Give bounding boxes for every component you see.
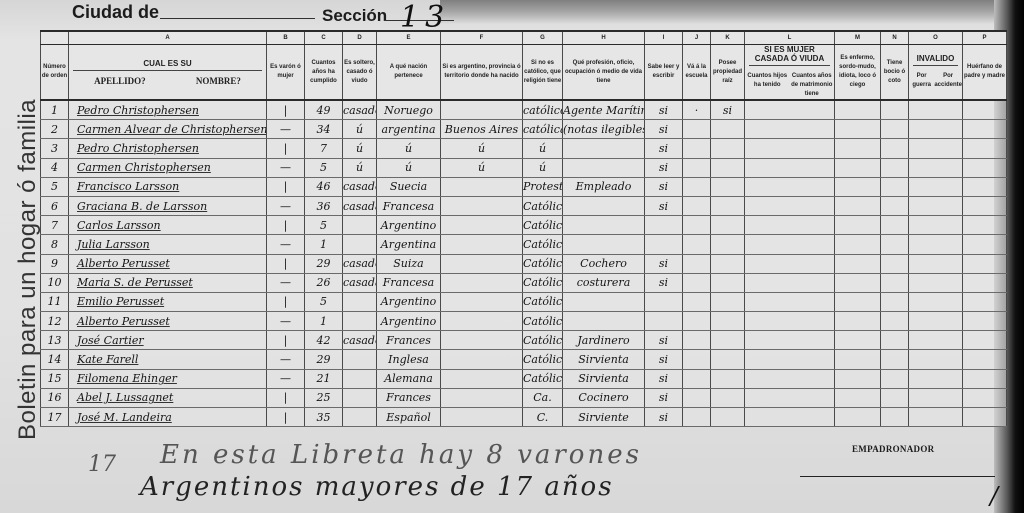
cell-name: Graciana B. de Larsson	[69, 196, 267, 215]
cell-empty	[835, 139, 881, 158]
cell-e: Español	[377, 408, 441, 427]
cell-c: 7	[305, 139, 343, 158]
column-letter: P	[963, 31, 1007, 45]
cell-e: Frances	[377, 331, 441, 350]
cell-d: casada	[343, 196, 377, 215]
cell-e: Francesa	[377, 273, 441, 292]
census-rows: 1Pedro Christophersen|49casadoNoruegocat…	[41, 100, 1007, 427]
cell-empty	[881, 158, 909, 177]
cell-b: |	[267, 177, 305, 196]
cell-g: Católica	[523, 273, 563, 292]
cell-j	[683, 254, 711, 273]
cell-empty	[909, 254, 963, 273]
cell-i: si	[645, 196, 683, 215]
table-row: 14Kate Farell—29InglesaCatólicaSirvienta…	[41, 350, 1007, 369]
cell-g: Católica	[523, 369, 563, 388]
cell-empty	[745, 292, 835, 311]
cell-empty	[909, 388, 963, 407]
cell-e: ú	[377, 139, 441, 158]
cell-d	[343, 369, 377, 388]
cell-empty	[835, 388, 881, 407]
column-sub-label: Cuantos años de matrimonio tiene	[790, 72, 835, 99]
cell-name: Alberto Perusset	[69, 254, 267, 273]
column-question: Huérfano de padre y madre	[963, 45, 1007, 101]
cell-j	[683, 235, 711, 254]
cell-c: 5	[305, 292, 343, 311]
cell-g: Católico	[523, 216, 563, 235]
column-question: Es enfermo, sordo-mudo, idiota, loco ó c…	[835, 45, 881, 101]
cell-d	[343, 350, 377, 369]
column-question: Sabe leer y escribir	[645, 45, 683, 101]
cell-h	[563, 292, 645, 311]
ciudad-label: Ciudad de	[72, 2, 159, 23]
cell-empty	[909, 408, 963, 427]
cell-b: |	[267, 254, 305, 273]
cell-b: —	[267, 312, 305, 331]
cell-empty	[909, 158, 963, 177]
cell-empty	[909, 100, 963, 120]
cell-name: Abel J. Lussagnet	[69, 388, 267, 407]
column-letter: G	[523, 31, 563, 45]
cell-empty	[963, 388, 1007, 407]
column-questions-row: Número de ordenCUAL ES SUAPELLIDO?NOMBRE…	[41, 45, 1007, 101]
cell-g: Católico	[523, 254, 563, 273]
cell-g: ú	[523, 139, 563, 158]
cell-i: si	[645, 158, 683, 177]
cell-b: —	[267, 369, 305, 388]
cell-g: Católica	[523, 350, 563, 369]
cell-empty	[963, 273, 1007, 292]
cell-empty	[963, 312, 1007, 331]
cell-e: Suiza	[377, 254, 441, 273]
cell-f	[441, 369, 523, 388]
column-group-label: CUAL ES SU	[73, 59, 262, 71]
cell-name: Carmen Christophersen	[69, 158, 267, 177]
cell-i: si	[645, 100, 683, 120]
cell-k	[711, 177, 745, 196]
cell-g: católica	[523, 120, 563, 139]
cell-h: Sirvienta	[563, 369, 645, 388]
cell-empty	[963, 235, 1007, 254]
cell-empty	[745, 216, 835, 235]
cell-n: 8	[41, 235, 69, 254]
cell-j	[683, 120, 711, 139]
cell-f	[441, 196, 523, 215]
cell-i: si	[645, 254, 683, 273]
cell-name: Carmen Alvear de Christophersen	[69, 120, 267, 139]
cell-empty	[963, 331, 1007, 350]
cell-j	[683, 158, 711, 177]
cell-empty	[963, 350, 1007, 369]
cell-empty	[881, 235, 909, 254]
census-table: ABCDEFGHIJKLMNOP Número de ordenCUAL ES …	[40, 30, 1007, 427]
cell-name: Pedro Christophersen	[69, 139, 267, 158]
table-row: 16Abel J. Lussagnet|25FrancesCa.Cocinero…	[41, 388, 1007, 407]
column-question: INVALIDOPor guerraPor accidente	[909, 45, 963, 101]
cell-b: |	[267, 331, 305, 350]
cell-name: Pedro Christophersen	[69, 100, 267, 120]
cell-d	[343, 388, 377, 407]
cell-empty	[745, 196, 835, 215]
cell-b: —	[267, 235, 305, 254]
cell-e: Francesa	[377, 196, 441, 215]
table-row: 5Francisco Larsson|46casadoSueciaProtest…	[41, 177, 1007, 196]
cell-empty	[909, 273, 963, 292]
cell-n: 9	[41, 254, 69, 273]
cell-n: 3	[41, 139, 69, 158]
note-count: 17	[88, 452, 116, 477]
cell-name: Julia Larsson	[69, 235, 267, 254]
cell-i: si	[645, 408, 683, 427]
table-row: 13José Cartier|42casadoFrancesCatólicoJa…	[41, 331, 1007, 350]
cell-d: casado	[343, 100, 377, 120]
cell-j	[683, 312, 711, 331]
cell-empty	[881, 408, 909, 427]
cell-g: C.	[523, 408, 563, 427]
cell-empty	[835, 235, 881, 254]
cell-name: Filomena Ehinger	[69, 369, 267, 388]
cell-i: si	[645, 331, 683, 350]
cell-h: Cochero	[563, 254, 645, 273]
cell-empty	[963, 139, 1007, 158]
cell-b: |	[267, 388, 305, 407]
cell-empty	[881, 312, 909, 331]
cell-d	[343, 312, 377, 331]
column-letter: F	[441, 31, 523, 45]
cell-empty	[909, 196, 963, 215]
cell-k	[711, 388, 745, 407]
cell-h: Jardinero	[563, 331, 645, 350]
cell-i: si	[645, 273, 683, 292]
cell-empty	[745, 273, 835, 292]
cell-c: 25	[305, 388, 343, 407]
cell-c: 26	[305, 273, 343, 292]
cell-empty	[963, 158, 1007, 177]
cell-empty	[835, 120, 881, 139]
cell-i	[645, 235, 683, 254]
cell-empty	[909, 350, 963, 369]
column-question: Qué profesión, oficio, ocupación ó medio…	[563, 45, 645, 101]
cell-j	[683, 292, 711, 311]
cell-n: 1	[41, 100, 69, 120]
cell-f	[441, 388, 523, 407]
cell-f	[441, 100, 523, 120]
cell-k	[711, 312, 745, 331]
cell-f	[441, 292, 523, 311]
cell-n: 12	[41, 312, 69, 331]
column-letter: K	[711, 31, 745, 45]
cell-empty	[909, 120, 963, 139]
cell-f: ú	[441, 139, 523, 158]
cell-h	[563, 312, 645, 331]
column-letter: N	[881, 31, 909, 45]
cell-k	[711, 216, 745, 235]
cell-e: Noruego	[377, 100, 441, 120]
cell-k	[711, 158, 745, 177]
cell-empty	[963, 292, 1007, 311]
cell-name: Carlos Larsson	[69, 216, 267, 235]
cell-g: católico	[523, 100, 563, 120]
cell-c: 5	[305, 216, 343, 235]
cell-empty	[835, 100, 881, 120]
column-question: A qué nación pertenece	[377, 45, 441, 101]
cell-empty	[745, 120, 835, 139]
cell-empty	[881, 216, 909, 235]
cell-e: Alemana	[377, 369, 441, 388]
cell-d	[343, 216, 377, 235]
cell-name: Alberto Perusset	[69, 312, 267, 331]
cell-k	[711, 235, 745, 254]
cell-n: 2	[41, 120, 69, 139]
cell-n: 14	[41, 350, 69, 369]
cell-d: ú	[343, 120, 377, 139]
cell-empty	[909, 292, 963, 311]
cell-j	[683, 408, 711, 427]
cell-h: Empleado	[563, 177, 645, 196]
cell-h: Sirviente	[563, 408, 645, 427]
cell-i: si	[645, 388, 683, 407]
cell-empty	[835, 331, 881, 350]
cell-empty	[909, 177, 963, 196]
cell-empty	[835, 408, 881, 427]
column-question: Número de orden	[41, 45, 69, 101]
cell-empty	[745, 388, 835, 407]
table-row: 12Alberto Perusset—1ArgentinoCatólico	[41, 312, 1007, 331]
cell-k	[711, 196, 745, 215]
cell-i: si	[645, 350, 683, 369]
cell-empty	[881, 120, 909, 139]
cell-empty	[963, 216, 1007, 235]
column-letter: B	[267, 31, 305, 45]
cell-empty	[745, 254, 835, 273]
cell-k	[711, 139, 745, 158]
column-question: Es soltero, casado ó viudo	[343, 45, 377, 101]
table-row: 6Graciana B. de Larsson—36casadaFrancesa…	[41, 196, 1007, 215]
cell-i: si	[645, 177, 683, 196]
table-row: 15Filomena Ehinger—21AlemanaCatólicaSirv…	[41, 369, 1007, 388]
cell-h	[563, 216, 645, 235]
cell-empty	[835, 254, 881, 273]
cell-f	[441, 312, 523, 331]
cell-b: —	[267, 158, 305, 177]
cell-empty	[881, 100, 909, 120]
cell-empty	[745, 408, 835, 427]
cell-h: Cocinero	[563, 388, 645, 407]
cell-c: 29	[305, 254, 343, 273]
cell-n: 13	[41, 331, 69, 350]
cell-empty	[963, 369, 1007, 388]
cell-empty	[745, 369, 835, 388]
cell-e: Frances	[377, 388, 441, 407]
cell-k: si	[711, 100, 745, 120]
cell-empty	[881, 196, 909, 215]
table-row: 9Alberto Perusset|29casadoSuizaCatólicoC…	[41, 254, 1007, 273]
cell-f	[441, 350, 523, 369]
cell-empty	[963, 120, 1007, 139]
cell-empty	[881, 350, 909, 369]
cell-j: ·	[683, 100, 711, 120]
cell-g: Católica	[523, 235, 563, 254]
cell-d: casado	[343, 331, 377, 350]
column-letter: M	[835, 31, 881, 45]
cell-f	[441, 216, 523, 235]
cell-c: 46	[305, 177, 343, 196]
cell-c: 1	[305, 312, 343, 331]
cell-e: Inglesa	[377, 350, 441, 369]
cell-k	[711, 331, 745, 350]
cell-empty	[835, 369, 881, 388]
cell-empty	[881, 331, 909, 350]
cell-empty	[963, 254, 1007, 273]
page-fold-shadow	[440, 0, 1000, 24]
cell-k	[711, 408, 745, 427]
cell-h: (notas ilegibles)	[563, 120, 645, 139]
cell-f	[441, 331, 523, 350]
cell-empty	[835, 273, 881, 292]
cell-f	[441, 408, 523, 427]
cell-empty	[909, 216, 963, 235]
cell-c: 21	[305, 369, 343, 388]
cell-c: 1	[305, 235, 343, 254]
column-sub-label: Cuantos hijos ha tenido	[745, 72, 790, 99]
cell-j	[683, 273, 711, 292]
signature-label: EMPADRONADOR	[852, 444, 934, 454]
table-row: 7Carlos Larsson|5ArgentinoCatólico	[41, 216, 1007, 235]
cell-empty	[745, 312, 835, 331]
note-line-1: En esta Libreta hay 8 varones	[160, 440, 642, 470]
cell-name: Francisco Larsson	[69, 177, 267, 196]
column-letter: J	[683, 31, 711, 45]
signature-line	[800, 476, 995, 477]
cell-c: 34	[305, 120, 343, 139]
cell-d	[343, 235, 377, 254]
cell-c: 5	[305, 158, 343, 177]
table-row: 3Pedro Christophersen|7úúúúsi	[41, 139, 1007, 158]
cell-f	[441, 254, 523, 273]
note-line-2: Argentinos mayores de 17 años	[140, 472, 614, 502]
cell-n: 5	[41, 177, 69, 196]
cell-c: 35	[305, 408, 343, 427]
column-group-label: INVALIDO	[913, 54, 958, 66]
cell-empty	[835, 350, 881, 369]
cell-d: casado	[343, 254, 377, 273]
cell-empty	[963, 177, 1007, 196]
cell-i	[645, 216, 683, 235]
cell-d: casado	[343, 177, 377, 196]
cell-b: |	[267, 216, 305, 235]
column-letter: L	[745, 31, 835, 45]
cell-e: Argentino	[377, 312, 441, 331]
cell-j	[683, 139, 711, 158]
cell-b: |	[267, 408, 305, 427]
cell-g: Católico	[523, 312, 563, 331]
cell-f: Buenos Aires	[441, 120, 523, 139]
cell-j	[683, 388, 711, 407]
cell-empty	[835, 292, 881, 311]
table-row: 10Maria S. de Perusset—26casadaFrancesaC…	[41, 273, 1007, 292]
column-sub-label: Por guerra	[909, 72, 934, 90]
cell-empty	[909, 139, 963, 158]
cell-f	[441, 177, 523, 196]
cell-empty	[881, 292, 909, 311]
cell-f	[441, 273, 523, 292]
cell-c: 49	[305, 100, 343, 120]
cell-c: 42	[305, 331, 343, 350]
cell-empty	[909, 369, 963, 388]
column-question: Cuantos años ha cumplido	[305, 45, 343, 101]
column-group-label: SI ES MUJER CASADA Ó VIUDA	[749, 45, 830, 66]
cell-empty	[881, 388, 909, 407]
cell-k	[711, 120, 745, 139]
cell-e: ú	[377, 158, 441, 177]
column-letter: I	[645, 31, 683, 45]
cell-b: |	[267, 292, 305, 311]
ciudad-field-line	[160, 18, 315, 19]
cell-d: casada	[343, 273, 377, 292]
cell-h: Agente Marítimo	[563, 100, 645, 120]
table-row: 17José M. Landeira|35EspañolC.Sirvientes…	[41, 408, 1007, 427]
cell-g: Católico	[523, 331, 563, 350]
column-question: Tiene bocio ó coto	[881, 45, 909, 101]
cell-empty	[881, 273, 909, 292]
cell-g: ú	[523, 158, 563, 177]
cell-name: José M. Landeira	[69, 408, 267, 427]
cell-empty	[835, 216, 881, 235]
cell-g: Protestante	[523, 177, 563, 196]
cell-n: 10	[41, 273, 69, 292]
cell-empty	[835, 158, 881, 177]
cell-e: Argentino	[377, 292, 441, 311]
column-letter: D	[343, 31, 377, 45]
cell-e: Argentino	[377, 216, 441, 235]
table-row: 2Carmen Alvear de Christophersen—34úarge…	[41, 120, 1007, 139]
cell-empty	[745, 350, 835, 369]
table-row: 8Julia Larsson—1ArgentinaCatólica	[41, 235, 1007, 254]
cell-n: 11	[41, 292, 69, 311]
cell-h	[563, 158, 645, 177]
cell-empty	[963, 196, 1007, 215]
column-question: Vá á la escuela	[683, 45, 711, 101]
cell-j	[683, 177, 711, 196]
column-letters-row: ABCDEFGHIJKLMNOP	[41, 31, 1007, 45]
cell-i	[645, 292, 683, 311]
cell-g: Católica	[523, 196, 563, 215]
cell-k	[711, 292, 745, 311]
cell-d	[343, 408, 377, 427]
cell-b: |	[267, 139, 305, 158]
cell-i: si	[645, 369, 683, 388]
cell-name: José Cartier	[69, 331, 267, 350]
cell-c: 36	[305, 196, 343, 215]
column-question: Si no es católico, que religión tiene	[523, 45, 563, 101]
cell-j	[683, 331, 711, 350]
column-letter: H	[563, 31, 645, 45]
seccion-label: Sección	[322, 6, 387, 26]
column-question: Posee propiedad raíz	[711, 45, 745, 101]
cell-h	[563, 235, 645, 254]
cell-n: 15	[41, 369, 69, 388]
cell-e: argentina	[377, 120, 441, 139]
corner-mark: /	[990, 482, 998, 510]
column-question: SI ES MUJER CASADA Ó VIUDACuantos hijos …	[745, 45, 835, 101]
cell-d: ú	[343, 158, 377, 177]
cell-empty	[881, 139, 909, 158]
cell-h	[563, 139, 645, 158]
cell-n: 4	[41, 158, 69, 177]
column-letter: C	[305, 31, 343, 45]
cell-empty	[745, 139, 835, 158]
cell-d: ú	[343, 139, 377, 158]
